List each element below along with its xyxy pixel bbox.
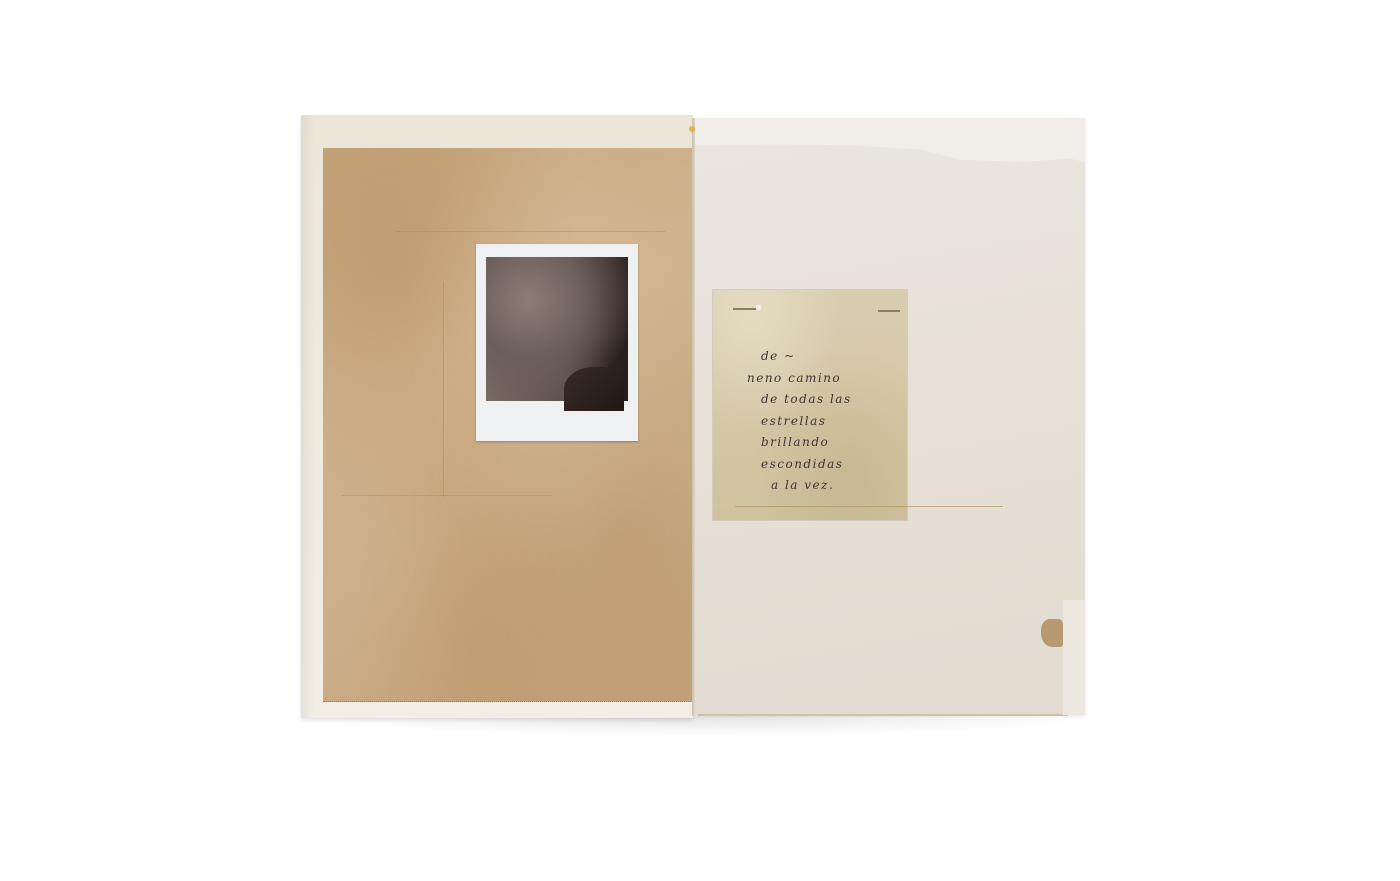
- handwritten-line: estrellas: [761, 411, 901, 433]
- pencil-guide-line: [342, 495, 552, 496]
- shoulder-photo-image: [486, 257, 628, 401]
- handwritten-line: a la vez.: [771, 475, 901, 497]
- handwritten-line: de todas las: [761, 389, 901, 411]
- pencil-guide-line: [395, 231, 665, 232]
- corner-tear: [1041, 619, 1063, 647]
- polaroid-photo: [476, 244, 638, 441]
- handwritten-line: escondidas: [761, 454, 901, 476]
- handwritten-line: de ~: [761, 346, 901, 368]
- underlying-page-edge: [1063, 600, 1085, 715]
- pencil-guide-line: [443, 282, 444, 497]
- staple-mark: [878, 310, 900, 312]
- pencil-rule-line: [735, 506, 1003, 507]
- handwritten-note: de ~ neno camino de todas las estrellas …: [713, 290, 907, 520]
- photo-shadow-curve: [564, 367, 624, 411]
- handwritten-text: de ~ neno camino de todas las estrellas …: [761, 346, 901, 497]
- staple-hole: [756, 305, 761, 310]
- handwritten-line: neno camino: [747, 368, 901, 390]
- handwritten-line: brillando: [761, 432, 901, 454]
